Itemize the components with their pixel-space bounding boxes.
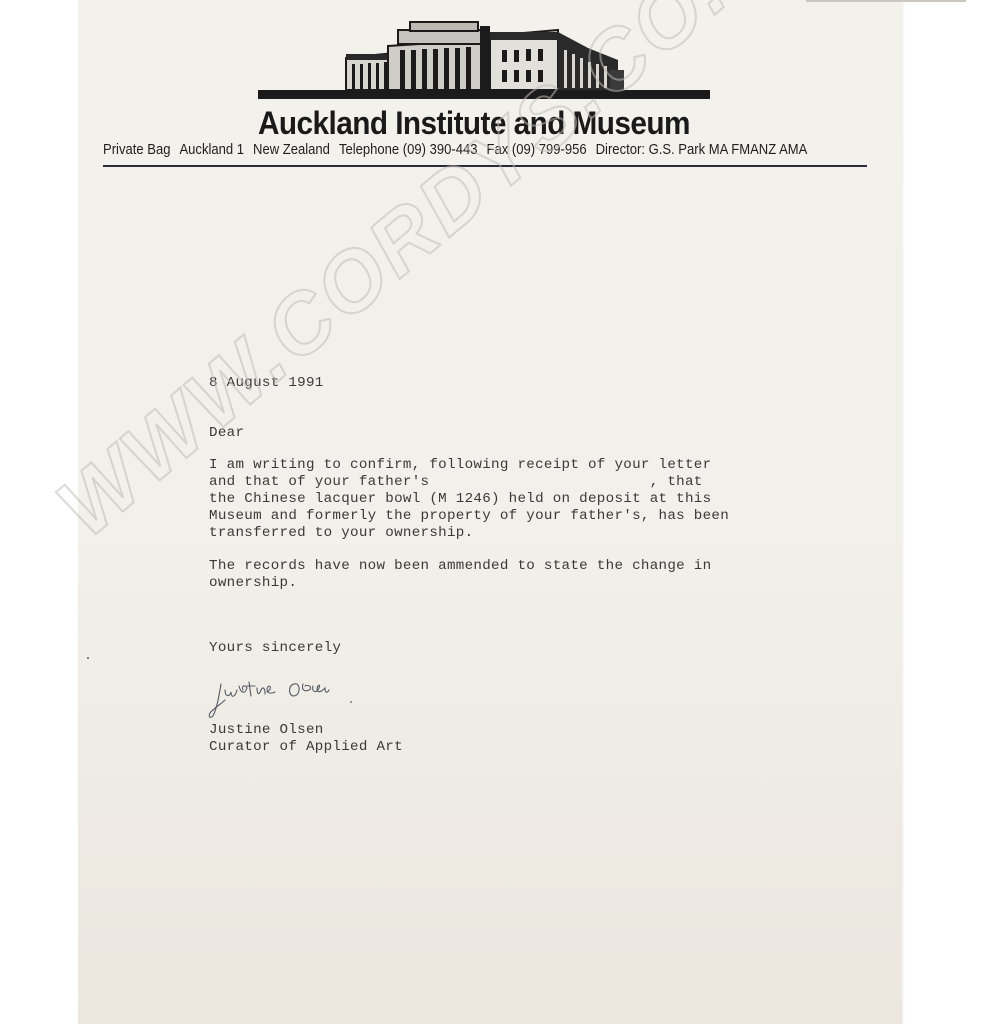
paragraph-1-line: the Chinese lacquer bowl (M 1246) held o… (209, 491, 711, 508)
address-private-bag: Private Bag (103, 142, 170, 158)
closing: Yours sincerely (209, 640, 341, 657)
letter-body: 8 August 1991 Dear I am writing to confi… (209, 0, 809, 272)
signatory-title: Curator of Applied Art (209, 739, 403, 756)
paragraph-2-line: The records have now been ammended to st… (209, 558, 711, 575)
salutation: Dear (209, 425, 244, 442)
handwritten-signature-icon (205, 676, 365, 722)
paper-speck (87, 657, 89, 659)
paragraph-1-line: I am writing to confirm, following recei… (209, 457, 711, 474)
paragraph-2-line: ownership. (209, 575, 297, 592)
paragraph-1-line: and that of your father's , that (209, 474, 703, 491)
paragraph-1-line: transferred to your ownership. (209, 525, 473, 542)
paragraph-1-line: Museum and formerly the property of your… (209, 508, 729, 525)
page-edge (806, 0, 966, 2)
signatory-name: Justine Olsen (209, 722, 324, 739)
letter-date: 8 August 1991 (209, 375, 324, 392)
